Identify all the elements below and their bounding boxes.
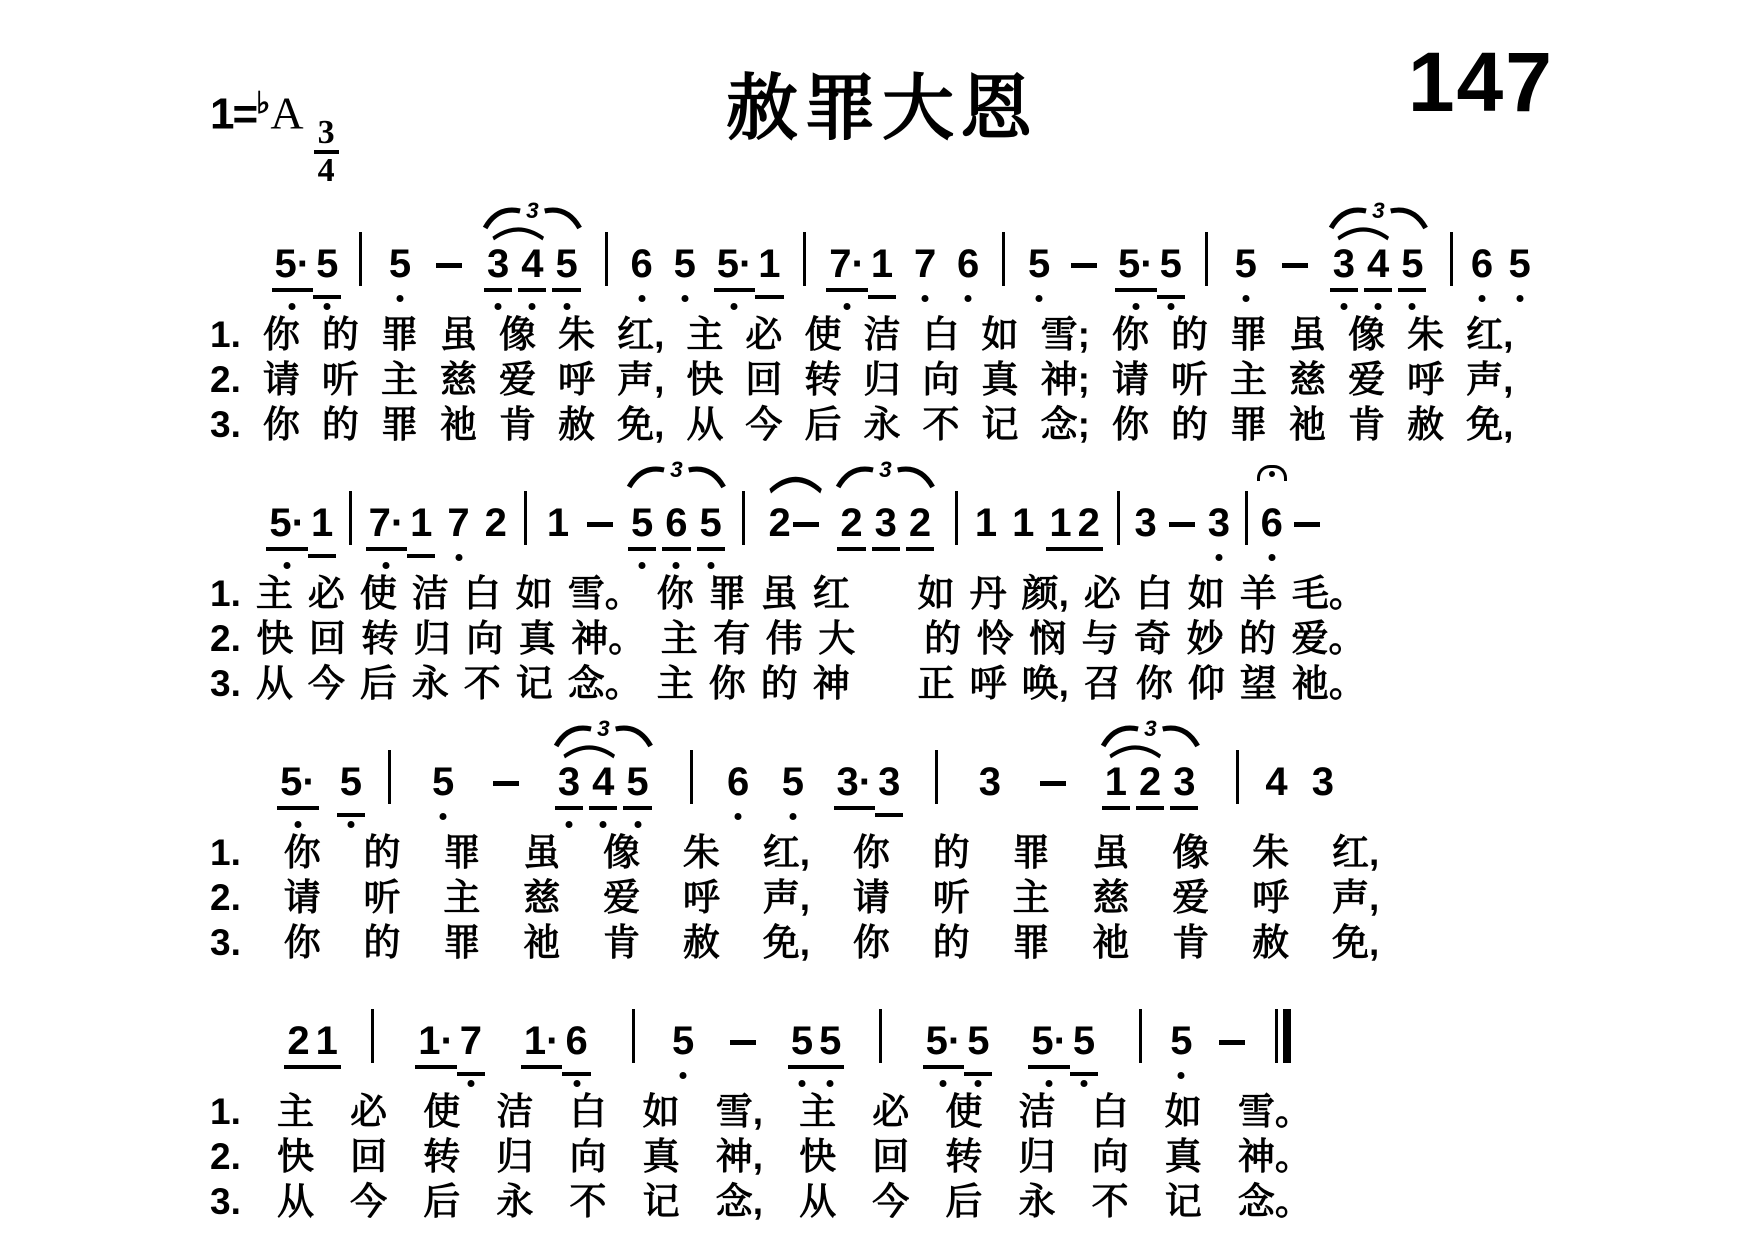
lyric-syllable: 虽 xyxy=(440,312,477,357)
octave-dot xyxy=(789,813,796,820)
note-digit: 3 xyxy=(1173,760,1195,804)
barline xyxy=(1139,1009,1142,1063)
lyric-syllable: 雪; xyxy=(1041,312,1090,357)
lyric-syllable: 向 xyxy=(923,357,960,402)
octave-dot xyxy=(600,821,607,828)
barline xyxy=(371,1009,374,1063)
note: 6 xyxy=(1471,242,1493,286)
note-digit: 7· xyxy=(829,242,865,286)
lyric-row-verse-1: 1.主必使洁白如雪,主必使洁白如雪。 xyxy=(210,1089,1312,1134)
note-digit: 5 xyxy=(967,1019,989,1063)
note: 4 xyxy=(521,242,543,286)
lyric-row-verse-2: 2.快回转归向真神,快回转归向真神。 xyxy=(210,1134,1312,1179)
lyric-syllable: 免, xyxy=(617,402,664,447)
lyric-row-verse-2: 2.快回转归向真神。主有伟大的怜悯与奇妙的爱。 xyxy=(210,616,1366,661)
note-digit: 5 xyxy=(1160,242,1182,286)
note-digit: 5· xyxy=(280,760,316,804)
barline xyxy=(524,491,527,545)
octave-dot xyxy=(440,813,447,820)
slur-icon xyxy=(491,226,545,240)
note: 6 xyxy=(957,242,979,286)
lyric-syllable: 毛。 xyxy=(1292,571,1366,616)
lyric-syllable: 请 xyxy=(263,357,300,402)
lyric-syllable: 听 xyxy=(322,357,359,402)
lyric-syllable: 使 xyxy=(423,1089,460,1134)
barline xyxy=(742,491,745,545)
barline xyxy=(359,232,362,286)
lyric-syllable: 正 xyxy=(918,661,955,706)
measure: 6 xyxy=(1250,501,1332,545)
octave-dot xyxy=(289,303,296,310)
lyric-syllable: 慈 xyxy=(440,357,477,402)
lyric-syllable: 召 xyxy=(1084,661,1121,706)
lyric-syllable: 丹 xyxy=(970,571,1007,616)
tie-icon xyxy=(768,475,823,493)
lyric-syllable: 怜 xyxy=(977,616,1014,661)
lyric-syllable: 你 xyxy=(709,661,746,706)
lyric-syllable: 不 xyxy=(464,661,501,706)
octave-dot xyxy=(467,1080,474,1087)
lyric-syllable: 像 xyxy=(1172,830,1209,875)
lyric-syllable: 的 xyxy=(1171,312,1208,357)
lyric-syllable: 的 xyxy=(933,830,970,875)
music-line: 5·553453653·33123343 xyxy=(256,710,1358,830)
lyric-syllable: 听 xyxy=(1171,357,1208,402)
lyric-syllable: 真 xyxy=(982,357,1019,402)
lyric-row-verse-3: 3.从今后永不记念,从今后永不记念。 xyxy=(210,1179,1312,1224)
system-2: 5·17·172156532232311123361.主必使洁白如雪。你罪虽红如… xyxy=(210,451,1554,706)
beamed-pair: 21 xyxy=(287,1019,338,1063)
barline xyxy=(935,750,938,804)
triplet-group: 3453 xyxy=(487,242,578,286)
note: 3 xyxy=(875,501,897,545)
measure: 53453 xyxy=(393,760,687,804)
lyric-syllable: 快 xyxy=(277,1134,314,1179)
triplet-group: 3453 xyxy=(1333,242,1424,286)
lyric-syllable: 如 xyxy=(643,1089,680,1134)
barline xyxy=(632,1009,635,1063)
octave-dot xyxy=(940,1080,947,1087)
lyric-syllable: 的 xyxy=(1171,402,1208,447)
note: 3 xyxy=(1208,501,1230,545)
lyric-syllable: 转 xyxy=(804,357,841,402)
lyric-syllable: 如 xyxy=(1188,571,1225,616)
note: 6 xyxy=(727,760,749,804)
lyric-syllable: 爱 xyxy=(499,357,536,402)
lyric-syllable: 你 xyxy=(1136,661,1173,706)
lyric-syllable: 肯 xyxy=(1172,920,1209,965)
lyric-syllable: 从 xyxy=(686,402,723,447)
note: 6 xyxy=(630,242,652,286)
lyric-syllable: 红, xyxy=(1466,312,1513,357)
note: 5· xyxy=(926,1019,962,1063)
lyric-syllable: 雪。 xyxy=(568,571,642,616)
note: 3 xyxy=(979,760,1001,804)
lyric-syllable: 你 xyxy=(853,830,890,875)
note-digit: 5 xyxy=(316,242,338,286)
note-digit: 3 xyxy=(1333,242,1355,286)
lyric-syllable: 呼 xyxy=(558,357,595,402)
duration-dash xyxy=(1071,263,1097,268)
lyric-syllable: 今 xyxy=(872,1179,909,1224)
verse-number: 3. xyxy=(210,661,241,706)
octave-dot xyxy=(347,821,354,828)
barline xyxy=(1245,491,1248,545)
note-digit: 3 xyxy=(979,760,1001,804)
measure: 53453 xyxy=(1210,242,1449,286)
octave-dot xyxy=(922,295,929,302)
octave-dot xyxy=(1516,295,1523,302)
note-digit: 5 xyxy=(389,242,411,286)
slur-icon xyxy=(1336,226,1390,240)
note-digit: 1 xyxy=(758,242,780,286)
duration-dash xyxy=(1219,1040,1245,1045)
note: 1 xyxy=(871,242,893,286)
flat-accidental: ♭ xyxy=(256,87,270,120)
octave-dot xyxy=(844,303,851,310)
lyric-syllable: 后 xyxy=(360,661,397,706)
octave-dot xyxy=(1215,554,1222,561)
duration-dash xyxy=(1282,263,1308,268)
lyric-syllable: 羊 xyxy=(1240,571,1277,616)
barline xyxy=(605,232,608,286)
octave-dot xyxy=(965,295,972,302)
lyric-syllable: 归 xyxy=(496,1134,533,1179)
lyric-syllable: 回 xyxy=(309,616,346,661)
slur-icon xyxy=(562,744,616,758)
lyric-syllable: 红, xyxy=(617,312,664,357)
octave-dot xyxy=(1409,303,1416,310)
lyric-row-verse-3: 3.你的罪祂肯赦免,你的罪祂肯赦免, xyxy=(210,920,1379,965)
lyric-syllable: 虽 xyxy=(1092,830,1129,875)
octave-dot xyxy=(563,303,570,310)
lyric-syllable: 洁 xyxy=(496,1089,533,1134)
note-digit: 3 xyxy=(1312,760,1334,804)
svg-text:3: 3 xyxy=(1372,198,1385,223)
augmentation-dot: · xyxy=(852,242,865,286)
beamed-pair: 12 xyxy=(1049,501,1100,545)
lyric-syllable: 记 xyxy=(982,402,1019,447)
verse-number: 3. xyxy=(210,402,241,447)
lyric-syllable: 回 xyxy=(745,357,782,402)
lyric-syllable: 奇 xyxy=(1134,616,1171,661)
note: 1 xyxy=(316,1019,338,1063)
note: 5· xyxy=(269,501,305,545)
lyric-syllable: 主 xyxy=(277,1089,314,1134)
note-digit: 6 xyxy=(1261,501,1283,545)
octave-dot xyxy=(396,295,403,302)
note: 5 xyxy=(700,501,722,545)
lyric-syllable: 神 xyxy=(813,661,850,706)
lyric-syllable: 赦 xyxy=(1407,402,1444,447)
measure: 5 xyxy=(1144,1019,1271,1063)
measure: 53453 xyxy=(364,242,603,286)
augmentation-dot: · xyxy=(1140,242,1153,286)
measure: 653·3 xyxy=(695,760,933,804)
note: 1 xyxy=(1105,760,1127,804)
beamed-pair: 1·6 xyxy=(524,1019,588,1063)
lyric-syllable: 永 xyxy=(863,402,900,447)
lyric-syllable: 呼 xyxy=(683,875,720,920)
lyric-syllable: 真 xyxy=(519,616,556,661)
note: 3· xyxy=(837,760,873,804)
octave-dot xyxy=(673,562,680,569)
note: 2 xyxy=(485,501,507,545)
lyric-syllable: 必 xyxy=(308,571,345,616)
note-digit: 1 xyxy=(975,501,997,545)
lyric-syllable: 爱 xyxy=(1348,357,1385,402)
lyric-syllable: 你 xyxy=(1112,402,1149,447)
note-digit: 3 xyxy=(558,760,580,804)
note-digit: 5 xyxy=(555,242,577,286)
note-digit: 5 xyxy=(672,1019,694,1063)
octave-dot xyxy=(1132,303,1139,310)
note-digit: 6 xyxy=(1471,242,1493,286)
triplet-group: 3453 xyxy=(558,760,649,804)
time-signature: 34 xyxy=(314,116,339,188)
lyric-syllable: 快 xyxy=(686,357,723,402)
lyric-syllable: 使 xyxy=(945,1089,982,1134)
lyric-syllable: 罪 xyxy=(1230,312,1267,357)
note: 6 xyxy=(665,501,687,545)
final-barline-thin xyxy=(1275,1009,1278,1063)
lyric-row-verse-1: 1.你的罪虽像朱红,主必使洁白如雪;你的罪虽像朱红, xyxy=(210,312,1514,357)
lyric-syllable: 你 xyxy=(263,312,300,357)
lyric-syllable: 爱 xyxy=(603,875,640,920)
lyric-syllable: 你 xyxy=(284,830,321,875)
duration-dash xyxy=(1169,522,1195,527)
octave-dot xyxy=(634,821,641,828)
note: 1 xyxy=(1049,501,1071,545)
note-digit: 1 xyxy=(311,501,333,545)
lyric-syllable: 雪, xyxy=(716,1089,763,1134)
fermata-icon xyxy=(1257,465,1287,481)
lyric-syllable: 记 xyxy=(516,661,553,706)
note: 2 xyxy=(909,501,931,545)
lyric-syllable: 后 xyxy=(423,1179,460,1224)
beamed-pair: 3·3 xyxy=(837,760,901,804)
music-line: 211·71·65555·55·55 xyxy=(256,969,1291,1089)
octave-dot xyxy=(324,303,331,310)
note-digit: 5 xyxy=(1073,1019,1095,1063)
note: 3 xyxy=(878,760,900,804)
note-digit: 5 xyxy=(626,760,648,804)
lyric-syllable: 慈 xyxy=(1092,875,1129,920)
lyric-syllable: 回 xyxy=(350,1134,387,1179)
measure: 7·172 xyxy=(354,501,522,545)
verse-number: 3. xyxy=(210,920,241,965)
augmentation-dot: · xyxy=(948,1019,961,1063)
lyric-syllable: 后 xyxy=(804,402,841,447)
measure: 65 xyxy=(1455,242,1546,286)
note-digit: 5 xyxy=(1509,242,1531,286)
verse-number: 3. xyxy=(210,1179,241,1224)
note-digit: 1 xyxy=(547,501,569,545)
measure: 5·5 xyxy=(256,760,386,804)
lyric-syllable: 永 xyxy=(412,661,449,706)
lyric-syllable: 洁 xyxy=(412,571,449,616)
note: 2 xyxy=(768,501,790,545)
note: 5· xyxy=(280,760,316,804)
lyric-syllable: 祂 xyxy=(523,920,560,965)
lyric-syllable: 与 xyxy=(1082,616,1119,661)
note-digit: 7 xyxy=(460,1019,482,1063)
augmentation-dot: · xyxy=(292,501,305,545)
lyric-syllable: 罪 xyxy=(443,920,480,965)
lyric-syllable: 祂。 xyxy=(1292,661,1366,706)
lyric-row-verse-1: 1.主必使洁白如雪。你罪虽红如丹颜,必白如羊毛。 xyxy=(210,571,1366,616)
augmentation-dot: · xyxy=(391,501,404,545)
note: 5 xyxy=(340,760,362,804)
note-digit: 5 xyxy=(432,760,454,804)
note: 1 xyxy=(311,501,333,545)
note-digit: 5 xyxy=(700,501,722,545)
note: 5· xyxy=(1031,1019,1067,1063)
note: 5 xyxy=(389,242,411,286)
lyric-syllable: 伟 xyxy=(766,616,803,661)
note: 3 xyxy=(1333,242,1355,286)
key-letter: A xyxy=(270,88,303,139)
note: 5 xyxy=(1401,242,1423,286)
barline xyxy=(803,232,806,286)
lyric-syllable: 爱 xyxy=(1172,875,1209,920)
lyric-syllable: 从 xyxy=(277,1179,314,1224)
note-digit: 3 xyxy=(875,501,897,545)
octave-dot xyxy=(1081,1080,1088,1087)
svg-text:3: 3 xyxy=(597,716,610,741)
augmentation-dot: · xyxy=(440,1019,453,1063)
lyric-syllable: 呼 xyxy=(1252,875,1289,920)
octave-dot xyxy=(284,562,291,569)
octave-dot xyxy=(638,295,645,302)
lyric-syllable: 回 xyxy=(872,1134,909,1179)
duration-dash xyxy=(436,263,462,268)
time-denominator: 4 xyxy=(314,150,339,188)
lyric-syllable: 罪 xyxy=(1013,920,1050,965)
note: 2 xyxy=(1078,501,1100,545)
systems: 5·553453655·17·17655·553453651.你的罪虽像朱红,主… xyxy=(210,192,1554,1224)
final-barline xyxy=(1275,1009,1291,1063)
note: 2 xyxy=(1139,760,1161,804)
note: 1 xyxy=(758,242,780,286)
note-digit: 5· xyxy=(1118,242,1154,286)
lyric-syllable: 慈 xyxy=(1289,357,1326,402)
barline xyxy=(1002,232,1005,286)
lyric-syllable: 罪 xyxy=(443,830,480,875)
lyric-syllable: 永 xyxy=(1019,1179,1056,1224)
note-digit: 5 xyxy=(1235,242,1257,286)
lyric-syllable: 今 xyxy=(745,402,782,447)
note: 5 xyxy=(674,242,696,286)
measure: 43 xyxy=(1241,760,1358,804)
lyric-syllable: 如 xyxy=(516,571,553,616)
lyric-syllable: 主 xyxy=(443,875,480,920)
note: 5 xyxy=(316,242,338,286)
barline xyxy=(955,491,958,545)
lyric-syllable: 请 xyxy=(284,875,321,920)
lyric-row-verse-2: 2.请听主慈爱呼声,请听主慈爱呼声, xyxy=(210,875,1379,920)
measure: 7·176 xyxy=(808,242,1000,286)
note-digit: 5· xyxy=(275,242,311,286)
measure: 5·55·5 xyxy=(884,1019,1137,1063)
note: 2 xyxy=(287,1019,309,1063)
lyric-syllable: 虽 xyxy=(761,571,798,616)
duration-dash xyxy=(587,522,613,527)
lyric-syllable: 免, xyxy=(1332,920,1379,965)
lyric-syllable: 朱 xyxy=(558,312,595,357)
octave-dot xyxy=(680,1072,687,1079)
note: 3 xyxy=(1134,501,1156,545)
svg-text:3: 3 xyxy=(526,198,539,223)
lyric-syllable: 悯 xyxy=(1029,616,1066,661)
measure: 15653 xyxy=(529,501,740,545)
augmentation-dot: · xyxy=(546,1019,559,1063)
triplet-bracket-icon: 3 xyxy=(625,461,728,489)
lyric-syllable: 真 xyxy=(643,1134,680,1179)
augmentation-dot: · xyxy=(297,242,310,286)
lyric-syllable: 虽 xyxy=(523,830,560,875)
lyric-syllable: 神; xyxy=(1041,357,1090,402)
beamed-pair: 7·1 xyxy=(829,242,893,286)
lyric-syllable: 主 xyxy=(799,1089,836,1134)
system-4: 211·71·65555·55·551.主必使洁白如雪,主必使洁白如雪。2.快回… xyxy=(210,969,1554,1224)
beamed-pair: 5·5 xyxy=(1118,242,1182,286)
octave-dot xyxy=(735,813,742,820)
note: 5 xyxy=(672,1019,694,1063)
lyric-syllable: 如 xyxy=(918,571,955,616)
lyric-syllable: 像 xyxy=(1348,312,1385,357)
note: 4 xyxy=(1265,760,1287,804)
triplet-group: 5653 xyxy=(631,501,722,545)
note: 5 xyxy=(967,1019,989,1063)
octave-dot xyxy=(1046,1080,1053,1087)
note: 3 xyxy=(1173,760,1195,804)
lyric-syllable: 虽 xyxy=(1289,312,1326,357)
lyric-syllable: 快 xyxy=(799,1134,836,1179)
lyric-syllable: 罪 xyxy=(709,571,746,616)
lyric-syllable: 主 xyxy=(381,357,418,402)
octave-dot xyxy=(799,1080,806,1087)
lyric-syllable: 主 xyxy=(686,312,723,357)
note-digit: 4 xyxy=(1265,760,1287,804)
lyric-syllable: 有 xyxy=(713,616,750,661)
lyric-syllable: 罪 xyxy=(1230,402,1267,447)
triplet-group: 1233 xyxy=(1105,760,1196,804)
lyric-syllable: 念。 xyxy=(568,661,642,706)
tie-group: 2 xyxy=(768,501,818,545)
content: 1=♭A34 赦罪大恩 147 5·553453655·17·17655·553… xyxy=(210,34,1554,1224)
note: 5 xyxy=(631,501,653,545)
note: 7 xyxy=(914,242,936,286)
octave-dot xyxy=(1268,554,1275,561)
octave-dot xyxy=(707,562,714,569)
lyric-syllable: 必 xyxy=(350,1089,387,1134)
lyric-syllable: 的 xyxy=(364,920,401,965)
verse-number: 1. xyxy=(210,312,241,357)
lyric-syllable: 肯 xyxy=(1348,402,1385,447)
note: 1· xyxy=(524,1019,560,1063)
triplet-group: 2323 xyxy=(840,501,931,545)
measure: 1112 xyxy=(960,501,1115,545)
beamed-pair: 55 xyxy=(791,1019,842,1063)
lyric-syllable: 主 xyxy=(256,571,293,616)
barline xyxy=(388,750,391,804)
octave-dot xyxy=(294,821,301,828)
note: 5· xyxy=(275,242,311,286)
sheet-music-page: 1=♭A34 赦罪大恩 147 5·553453655·17·17655·553… xyxy=(0,0,1754,1240)
lyric-syllable: 归 xyxy=(1019,1134,1056,1179)
note-digit: 1 xyxy=(1105,760,1127,804)
